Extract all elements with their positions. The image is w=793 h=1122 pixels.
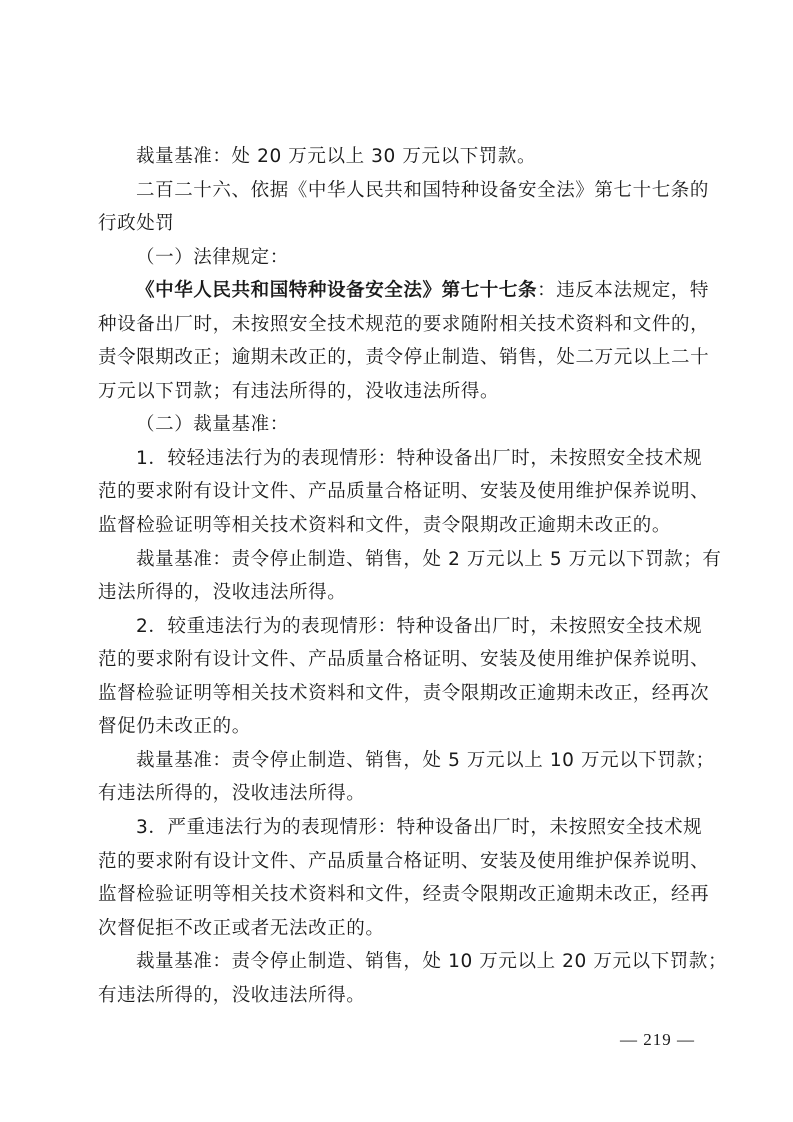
line-text: 范的要求附有设计文件、产品质量合格证明、安装及使用维护保养说明、 xyxy=(98,649,709,670)
document-page: 裁量基准：处 20 万元以上 30 万元以下罚款。二百二十六、依据《中华人民共和… xyxy=(0,0,793,1122)
text-line: 监督检验证明等相关技术资料和文件，经责令限期改正逾期未改正，经再 xyxy=(98,883,702,907)
line-text: 行政处罚 xyxy=(98,213,174,234)
line-text: 责令限期改正；逾期未改正的，责令停止制造、销售，处二万元以上二十 xyxy=(98,347,709,368)
line-text: 监督检验证明等相关技术资料和文件，经责令限期改正逾期未改正，经再 xyxy=(98,884,709,905)
line-text: 2．较重违法行为的表现情形：特种设备出厂时，未按照安全技术规 xyxy=(136,616,702,637)
line-text: 种设备出厂时，未按照安全技术规范的要求随附相关技术资料和文件的， xyxy=(98,314,709,335)
line-text: 监督检验证明等相关技术资料和文件，责令限期改正逾期未改正，经再次 xyxy=(98,683,709,704)
text-line: 行政处罚 xyxy=(98,212,702,236)
line-text: 范的要求附有设计文件、产品质量合格证明、安装及使用维护保养说明、 xyxy=(98,851,709,872)
text-line: 裁量基准：责令停止制造、销售，处 10 万元以上 20 万元以下罚款； xyxy=(136,950,702,974)
text-line: 《中华人民共和国特种设备安全法》第七十七条：违反本法规定，特 xyxy=(136,279,702,303)
text-line: 责令限期改正；逾期未改正的，责令停止制造、销售，处二万元以上二十 xyxy=(98,346,702,370)
text-line: 监督检验证明等相关技术资料和文件，责令限期改正逾期未改正，经再次 xyxy=(98,682,702,706)
line-text: 有违法所得的，没收违法所得。 xyxy=(98,783,365,804)
text-line: 二百二十六、依据《中华人民共和国特种设备安全法》第七十七条的 xyxy=(136,179,702,203)
law-article-title: 《中华人民共和国特种设备安全法》第七十七条 xyxy=(136,280,537,301)
line-text: 范的要求附有设计文件、产品质量合格证明、安装及使用维护保养说明、 xyxy=(98,481,709,502)
text-line: 裁量基准：处 20 万元以上 30 万元以下罚款。 xyxy=(136,145,702,169)
text-line: 范的要求附有设计文件、产品质量合格证明、安装及使用维护保养说明、 xyxy=(98,850,702,874)
text-line: （二）裁量基准： xyxy=(136,413,702,437)
line-text: 监督检验证明等相关技术资料和文件，责令限期改正逾期未改正的。 xyxy=(98,515,671,536)
line-text: 次督促拒不改正或者无法改正的。 xyxy=(98,918,385,939)
line-text: 1．较轻违法行为的表现情形：特种设备出厂时，未按照安全技术规 xyxy=(136,448,702,469)
line-text: 违法所得的，没收违法所得。 xyxy=(98,582,346,603)
line-text: 二百二十六、依据《中华人民共和国特种设备安全法》第七十七条的 xyxy=(136,180,709,201)
text-line: 次督促拒不改正或者无法改正的。 xyxy=(98,917,702,941)
line-text: 裁量基准：责令停止制造、销售，处 2 万元以上 5 万元以下罚款；有 xyxy=(136,549,721,570)
text-line: 督促仍未改正的。 xyxy=(98,715,702,739)
line-text: 裁量基准：处 20 万元以上 30 万元以下罚款。 xyxy=(136,146,536,167)
text-line: （一）法律规定： xyxy=(136,246,702,270)
line-text: 裁量基准：责令停止制造、销售，处 10 万元以上 20 万元以下罚款； xyxy=(136,951,727,972)
line-text: 3．严重违法行为的表现情形：特种设备出厂时，未按照安全技术规 xyxy=(136,817,702,838)
line-text: 督促仍未改正的。 xyxy=(98,716,251,737)
text-line: 万元以下罚款；有违法所得的，没收违法所得。 xyxy=(98,380,702,404)
line-text: ：违反本法规定，特 xyxy=(537,280,709,301)
text-line: 3．严重违法行为的表现情形：特种设备出厂时，未按照安全技术规 xyxy=(136,816,702,840)
line-text: （一）法律规定： xyxy=(136,247,289,268)
text-line: 裁量基准：责令停止制造、销售，处 5 万元以上 10 万元以下罚款； xyxy=(136,749,702,773)
text-line: 种设备出厂时，未按照安全技术规范的要求随附相关技术资料和文件的， xyxy=(98,313,702,337)
text-line: 范的要求附有设计文件、产品质量合格证明、安装及使用维护保养说明、 xyxy=(98,480,702,504)
text-line: 违法所得的，没收违法所得。 xyxy=(98,581,702,605)
line-text: （二）裁量基准： xyxy=(136,414,289,435)
text-line: 有违法所得的，没收违法所得。 xyxy=(98,984,702,1008)
text-line: 有违法所得的，没收违法所得。 xyxy=(98,782,702,806)
page-number: — 219 — xyxy=(620,1030,695,1050)
text-line: 1．较轻违法行为的表现情形：特种设备出厂时，未按照安全技术规 xyxy=(136,447,702,471)
text-line: 监督检验证明等相关技术资料和文件，责令限期改正逾期未改正的。 xyxy=(98,514,702,538)
line-text: 有违法所得的，没收违法所得。 xyxy=(98,985,365,1006)
text-line: 2．较重违法行为的表现情形：特种设备出厂时，未按照安全技术规 xyxy=(136,615,702,639)
text-line: 裁量基准：责令停止制造、销售，处 2 万元以上 5 万元以下罚款；有 xyxy=(136,548,702,572)
line-text: 裁量基准：责令停止制造、销售，处 5 万元以上 10 万元以下罚款； xyxy=(136,750,715,771)
line-text: 万元以下罚款；有违法所得的，没收违法所得。 xyxy=(98,381,499,402)
text-line: 范的要求附有设计文件、产品质量合格证明、安装及使用维护保养说明、 xyxy=(98,648,702,672)
